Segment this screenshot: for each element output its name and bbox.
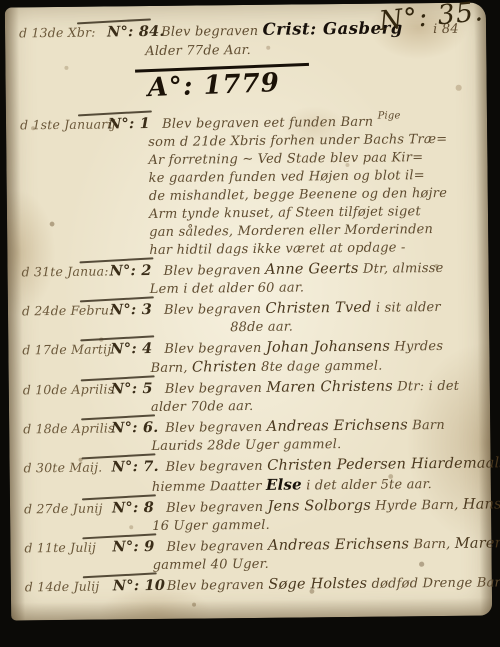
burial-entry: d 30te Maij. N°: 7. Blev begraven Christ…: [24, 454, 491, 498]
entry-number: N°: 2: [109, 262, 163, 280]
entry-text-segment: 88de aar.: [230, 320, 293, 336]
entry-text-segment: alder 70de aar.: [151, 399, 254, 415]
entry-text-segment: i det alder 5te aar.: [302, 477, 432, 493]
entry-date: d 14de Julij: [25, 578, 113, 594]
deceased-name: Jens Solborgs: [267, 498, 371, 515]
deceased-name: Johan Johansens: [266, 339, 390, 356]
manuscript-content: N°: 35. d 13de Xbr: N°: 84. Blev begrave…: [5, 2, 492, 620]
entry-line: Lem i det alder 60 aar.: [150, 277, 489, 299]
entry-text-segment: Blev begraven: [166, 539, 268, 555]
entry-line: Laurids 28de Uger gammel.: [151, 434, 490, 456]
year-heading: A°: 1779: [135, 63, 310, 104]
entry-text-segment: de mishandlet, begge Beenene og den højr…: [149, 186, 447, 204]
deceased-name: Christen: [192, 359, 257, 376]
entry-text-segment: Blev begraven: [164, 302, 266, 318]
entry-line: Blev begraven Johan Johansens Hyrdes: [164, 336, 489, 358]
entry-number: N°: 9: [112, 538, 166, 556]
entry-line: Blev begraven Søge Holstes dødfød Drenge…: [167, 573, 492, 595]
entry-text: Blev begraven Christen Tved i sit alder8…: [164, 297, 489, 337]
entry-text-segment: Blev begraven eet funden Barn: [162, 115, 378, 132]
entry-date: d 24de Febru:: [22, 302, 110, 318]
deceased-name: Hans: [463, 496, 500, 512]
entry-text: Blev begraven Anne Geerts Dtr, almisseLe…: [163, 258, 488, 298]
entry-line: de mishandlet, begge Beenene og den højr…: [149, 184, 488, 206]
entry-line: som d 21de Xbris forhen under Bachs Træ=: [148, 130, 487, 152]
entry-number: N°: 8: [112, 499, 166, 517]
entry-text-segment: ke gaarden funden ved Højen og blot il=: [149, 168, 425, 186]
burial-entry: d 10de Aprilis N°: 5 Blev begraven Maren…: [23, 376, 490, 418]
entry-date: d 10de Aprilis: [23, 381, 111, 397]
entry-text-segment: gammel 40 Uger.: [153, 557, 269, 573]
entry-line: Blev begraven eet funden Barn Pige: [162, 106, 487, 133]
entry-text-segment: Arm tynde knuset, af Steen tilføjet sige…: [149, 204, 421, 222]
deceased-name: Maren Christens: [266, 378, 393, 395]
entry-text-segment: hiemme Daatter: [152, 479, 266, 495]
entry-text-segment: Blev begraven: [165, 381, 267, 397]
deceased-name: Christen Pedersen Hiardemaals: [267, 455, 500, 474]
entry-line: Blev begraven Christen Pedersen Hiardema…: [166, 454, 491, 476]
burial-entry: d 17de Martij N°: 4 Blev begraven Johan …: [22, 336, 489, 379]
entry-line: Blev begraven Christen Tved i sit alder: [164, 297, 489, 319]
entry-text: Blev begraven Christen Pedersen Hiardema…: [166, 454, 491, 496]
entry-text-segment: Blev begraven: [164, 341, 266, 357]
entry-text-segment: Lem i det alder 60 aar.: [150, 280, 305, 297]
entry-text-segment: Barn,: [409, 537, 455, 552]
entry-number: N°: 1: [108, 115, 162, 133]
entry-date: d 27de Junij: [24, 500, 112, 516]
entry-number: N°: 84.: [107, 23, 161, 41]
deceased-name: Andreas Erichsens: [267, 417, 408, 434]
entry-text-segment: Blev begraven: [165, 420, 267, 436]
entry-text-segment: har hidtil dags ikke været at opdage -: [149, 240, 405, 258]
entry-text-segment: i sit alder: [372, 300, 441, 316]
entry-line: Blev begraven Anne Geerts Dtr, almisse: [163, 258, 488, 280]
burial-entry: d 24de Febru: N°: 3 Blev begraven Christ…: [22, 297, 489, 339]
deceased-name: Christen Tved: [265, 300, 371, 317]
entry-text-segment: Ar forretning ~ Ved Stade blev paa Kir=: [148, 150, 423, 168]
entry-text-segment: Laurids 28de Uger gammel.: [151, 437, 341, 454]
entry-line: 16 Uger gammel.: [152, 514, 491, 536]
age-line: Alder 77de Aar.: [145, 38, 486, 61]
entry-number: N°: 7.: [112, 458, 166, 476]
burial-entry: d 18de Aprilis N°: 6. Blev begraven Andr…: [23, 415, 490, 457]
entry-number: N°: 4: [110, 340, 164, 358]
entry-line: hiemme Daatter Else i det alder 5te aar.: [152, 473, 491, 497]
entry-line: Blev begraven Maren Christens Dtr: i det: [165, 376, 490, 398]
entry-text-segment: gan således, Morderen eller Morderinden: [149, 222, 433, 240]
burial-entry: d 1ste Januarij N°: 1 Blev begraven eet …: [20, 106, 489, 261]
entry-date: d 30te Maij.: [24, 459, 112, 475]
burial-entry: d 14de Julij N°: 10 Blev begraven Søge H…: [25, 573, 492, 597]
entry-text-segment: Hyrdes: [390, 339, 443, 355]
burial-entry: d 11te Julij N°: 9 Blev begraven Andreas…: [24, 534, 491, 576]
entry-date: d 18de Aprilis: [23, 420, 111, 436]
deceased-name: Maren: [455, 535, 500, 552]
entry-line: Blev begraven Andreas Erichsens Barn: [165, 415, 490, 437]
deceased-name: Andreas Erichsens: [268, 536, 409, 553]
deceased-name: Søge Holstes: [268, 576, 367, 593]
entry-line: Blev begraven Andreas Erichsens Barn, Ma…: [166, 534, 491, 556]
entry-line: Blev begraven Jens Solborgs Hyrde Barn, …: [166, 495, 491, 517]
entry-text: Blev begraven Andreas Erichsens Barn, Ma…: [166, 534, 491, 574]
burial-entry: d 31te Janua: N°: 2 Blev begraven Anne G…: [21, 258, 488, 300]
entry-line: har hidtil dags ikke været at opdage -: [149, 238, 488, 260]
entry-text: Blev begraven Maren Christens Dtr: i det…: [165, 376, 490, 416]
entry-line: gammel 40 Uger.: [153, 553, 492, 575]
entry-text-segment: 16 Uger gammel.: [152, 518, 270, 534]
entry-text: Blev begraven Andreas Erichsens BarnLaur…: [165, 415, 490, 455]
entry-text-segment: Dtr: i det: [393, 379, 459, 395]
entry-number: N°: 10: [113, 577, 167, 595]
deceased-name: Else: [266, 475, 302, 493]
entry-number: N°: 3: [110, 301, 164, 319]
entry-text: Blev begraven eet funden Barn Pigesom d …: [162, 106, 489, 259]
entry-text: Blev begraven Søge Holstes dødfød Drenge…: [167, 573, 492, 595]
entry-date: d 17de Martij: [22, 341, 110, 357]
entry-line: Barn, Christen 8te dage gammel.: [150, 355, 489, 378]
entry-text-segment: dødfød Drenge Barn.: [367, 575, 500, 592]
entry-date: d 11te Julij: [24, 539, 112, 555]
entry-text-segment: Dtr, almisse: [359, 261, 444, 277]
entry-line: alder 70de aar.: [151, 395, 490, 417]
entry-date: d 31te Janua:: [21, 263, 109, 279]
year-heading-wrap: A°: 1779: [19, 64, 426, 102]
entry-line: 88de aar.: [230, 316, 489, 337]
entry-text-segment: Blev begraven: [167, 578, 269, 594]
entry-number: N°: 6.: [111, 419, 165, 437]
burial-phrase: Blev begraven: [161, 24, 258, 40]
entry-text-segment: Pige: [377, 110, 400, 121]
entry-text: Blev begraven Jens Solborgs Hyrde Barn, …: [166, 495, 491, 535]
entry-text-segment: Blev begraven: [166, 500, 268, 516]
burial-entry: d 27de Junij N°: 8 Blev begraven Jens So…: [24, 495, 491, 537]
entry-text-segment: 8te dage gammel.: [257, 359, 383, 375]
entry-number: N°: 5: [111, 380, 165, 398]
entry-date: d 1ste Januarij: [20, 116, 108, 132]
deceased-name: Anne Geerts: [265, 261, 359, 278]
entry-text: Blev begraven Johan Johansens HyrdesBarn…: [164, 336, 489, 377]
entry-text-segment: Hyrde Barn,: [371, 498, 463, 514]
entry-text-segment: Blev begraven: [163, 263, 265, 279]
entry-text-segment: Blev begraven: [166, 459, 268, 475]
entry-text-segment: som d 21de Xbris forhen under Bachs Træ=: [148, 132, 447, 150]
entry-text-segment: Barn: [408, 418, 445, 433]
entries: d 1ste Januarij N°: 1 Blev begraven eet …: [20, 106, 492, 597]
entry-text-segment: Barn,: [151, 361, 193, 376]
entry-date: d 13de Xbr:: [19, 24, 107, 40]
manuscript-paper: N°: 35. d 13de Xbr: N°: 84. Blev begrave…: [5, 2, 492, 620]
